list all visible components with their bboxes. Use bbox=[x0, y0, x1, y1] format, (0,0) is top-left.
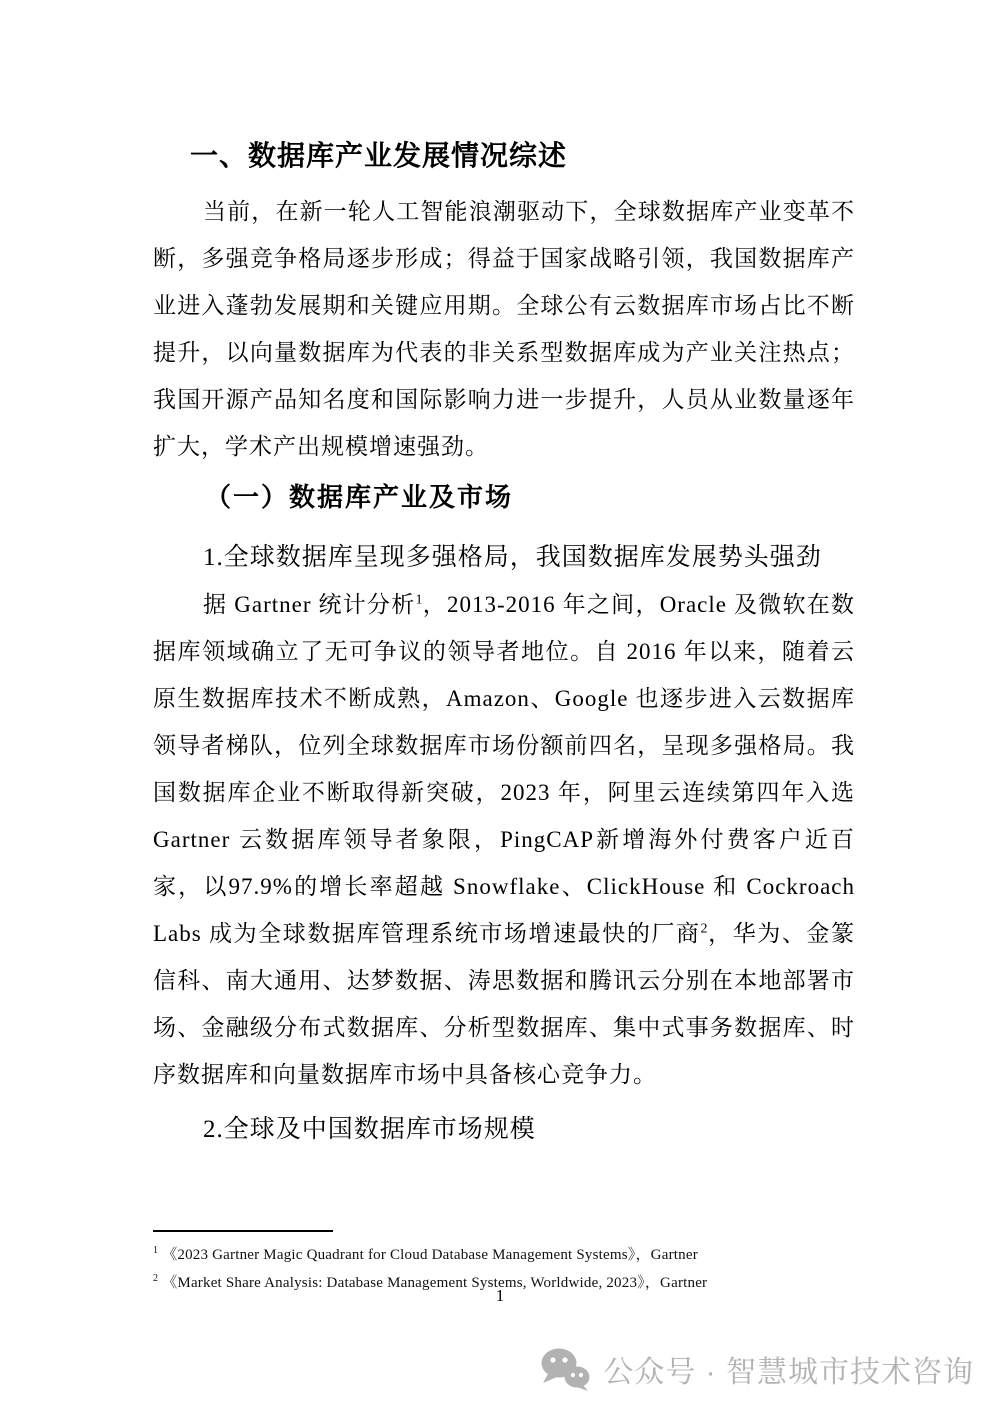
paragraph-market-text-1: 据 Gartner 统计分析 bbox=[203, 592, 416, 617]
footnote-1: 1《2023 Gartner Magic Quadrant for Cloud … bbox=[153, 1239, 855, 1267]
page-content: 一、数据库产业发展情况综述 当前，在新一轮人工智能浪潮驱动下，全球数据库产业变革… bbox=[153, 0, 855, 1150]
footnote-separator bbox=[153, 1230, 333, 1232]
subsection-heading-2: 2.全球及中国数据库市场规模 bbox=[153, 1110, 855, 1150]
footnote-ref-1: 1 bbox=[416, 592, 423, 607]
paragraph-overview: 当前，在新一轮人工智能浪潮驱动下，全球数据库产业变革不断，多强竞争格局逐步形成；… bbox=[153, 188, 855, 470]
watermark-text: 公众号 · 智慧城市技术咨询 bbox=[603, 1347, 974, 1391]
page-number: 1 bbox=[0, 1286, 1000, 1306]
section-heading: （一）数据库产业及市场 bbox=[153, 480, 855, 516]
watermark: 公众号 · 智慧城市技术咨询 bbox=[539, 1346, 974, 1392]
footnote-ref-2: 2 bbox=[701, 921, 708, 936]
paragraph-market-text-2: ，2013-2016 年之间，Oracle 及微软在数据库领域确立了无可争议的领… bbox=[153, 592, 855, 946]
footnote-1-number: 1 bbox=[153, 1245, 158, 1256]
paragraph-market: 据 Gartner 统计分析1，2013-2016 年之间，Oracle 及微软… bbox=[153, 581, 855, 1098]
footnote-2-number: 2 bbox=[153, 1273, 158, 1284]
wechat-icon bbox=[539, 1346, 593, 1392]
subsection-heading-1: 1.全球数据库呈现多强格局，我国数据库发展势头强劲 bbox=[153, 538, 855, 578]
footnote-1-text: 《2023 Gartner Magic Quadrant for Cloud D… bbox=[162, 1247, 698, 1263]
page-title: 一、数据库产业发展情况综述 bbox=[153, 138, 855, 174]
document-page: 一、数据库产业发展情况综述 当前，在新一轮人工智能浪潮驱动下，全球数据库产业变革… bbox=[0, 0, 1000, 1414]
